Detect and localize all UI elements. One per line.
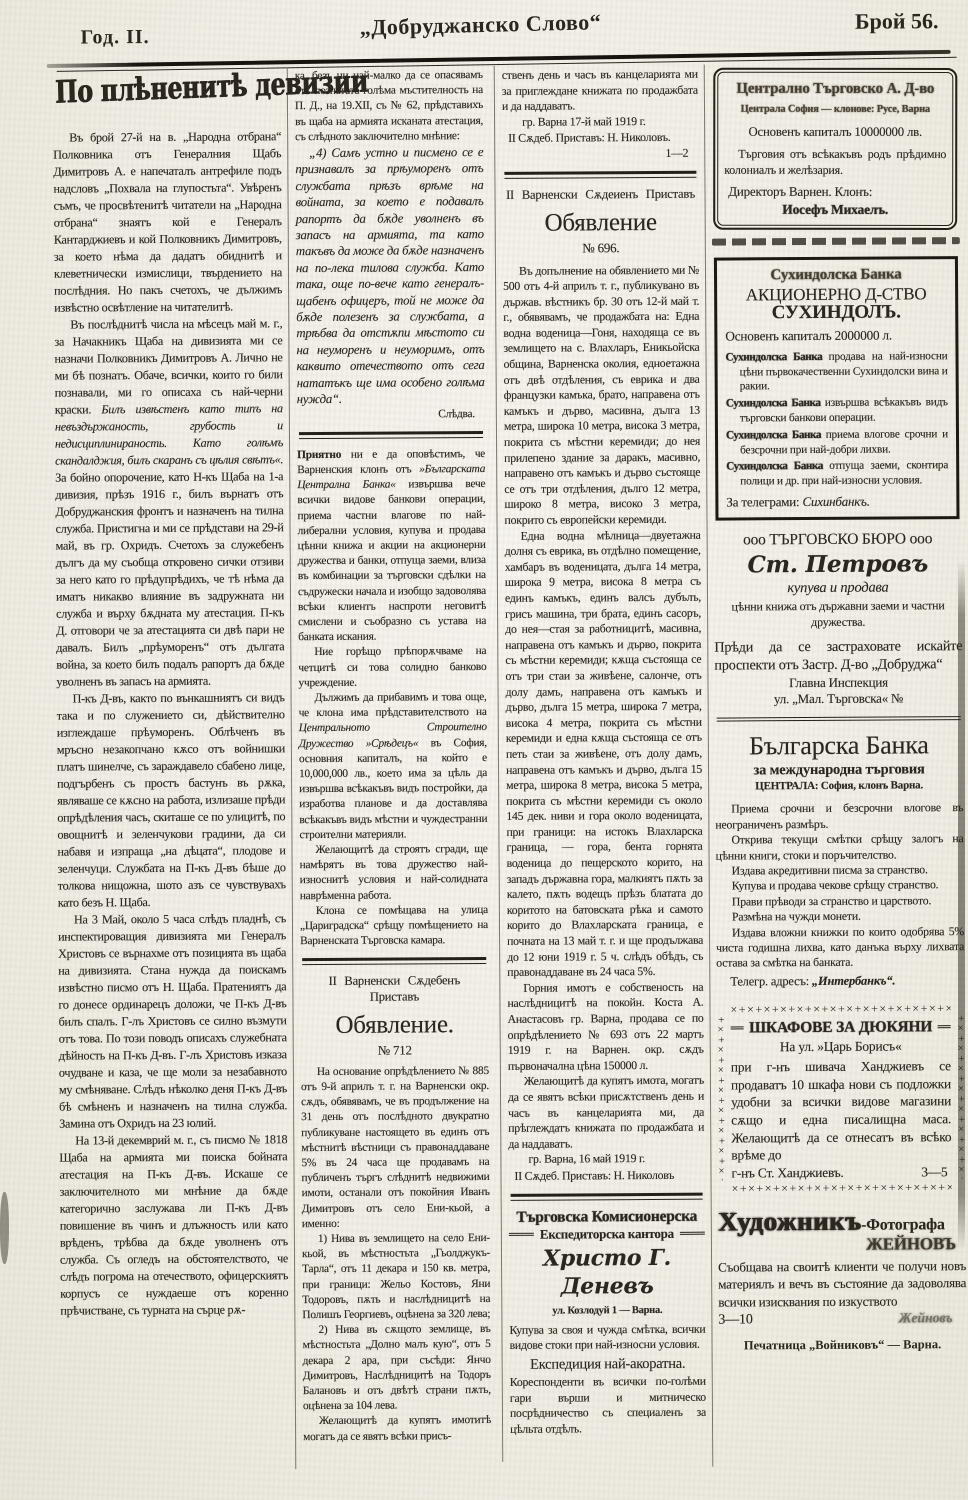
text-block: Експедиторска кантора [509,1226,705,1243]
text-segment: Прѣди да се застраховате искайте проспек… [714,638,962,674]
text-block: Централа София — клонове: Русе, Варна [724,102,946,118]
text-block: за международна търговия [715,762,963,779]
text-block: „4) Самъ устно и писмено се е признавалъ… [295,144,485,408]
text-segment: 3—5 [921,1163,951,1181]
text-block: Българска Банка [715,729,963,762]
text-segment: въ София, основния капиталъ, на който е … [299,737,487,841]
ad-photographer-zheynov: Художникъ-ФотографаЖЕЙНОВЪСъобщава на св… [718,1207,967,1328]
text-segment: Художникъ [718,1206,861,1237]
text-segment: Обявление [544,209,656,237]
text-segment: гр. Варна 17-й май 1919 г. [522,114,646,129]
text-segment: Търговия отъ всѣкакъвъ родъ прѣдимно кол… [724,147,946,177]
text-block: ственъ день и часъ въ канцеларията ми за… [502,67,698,115]
text-segment: -Фотографа [861,1217,945,1235]
text-segment: Кореспонденти въ всички по-голѣми гари в… [510,1374,706,1436]
column-4-ads: Централно Търговско А. Д-воЦентрала Софи… [711,65,967,1353]
block-lead: Сухиндолска Банка [726,397,825,410]
text-block: Художникъ-Фотографа [718,1207,966,1236]
text-block: 1) Нива въ землището на село Ени-кьой, в… [302,1231,491,1323]
text-segment: Търговска Комисионерска [516,1207,697,1225]
text-segment: Ние горѣщо прѣпорѫчваме на четцитѣ си то… [298,645,486,689]
text-segment: ЦЕНТРАЛА: София, клонъ Варна. [755,779,923,792]
text-block: 3—10Жейновъ [718,1311,966,1328]
newspaper-page: Год. II. „Добруджанско Слово“ Брой 56. П… [0,0,968,1500]
section-divider [717,716,961,721]
text-block: цѣнни книжа отъ държавни заеми и частни … [714,598,962,631]
section-divider [299,431,483,439]
text-block: II Сѫдеб. Приставъ: Н. Николовъ [508,1168,704,1185]
text-segment: Въ брой 27-й на в. „Народна отбрана“ Пол… [53,129,282,314]
text-block: ооо ТЪРГОВСКО БЮРО ооо [714,531,962,548]
text-segment: Христо Г. Деневъ [543,1245,671,1300]
text-segment: Желающитѣ да купятъ имотитѣ могатъ да се… [303,1414,491,1442]
text-block: гр. Варна, 16 май 1919 г. [508,1151,704,1168]
block-lead: Сухиндолска Банка [726,429,826,442]
ad-shop-cabinets: ×+×+×+×+×+×+×+×+×+×+×+×+×+× +×+×+×+×+×+×… [716,999,965,1197]
text-segment: ственъ день и часъ въ канцеларията ми за… [502,67,698,113]
text-segment: ул. „Мал. Търговска« № [774,690,903,706]
text-segment: Ст. Петровъ [747,550,928,578]
text-block: ул. Козлодуй 1 — Варна. [509,1303,705,1320]
text-segment: Открива текущи смѣтки срѣщу залогъ на цѣ… [716,831,964,862]
section-divider [504,170,696,178]
text-segment: 1) Нива въ землището на село Ени-кьой, в… [302,1232,490,1321]
text-segment: ул. Козлодуй 1 — Варна. [552,1305,662,1317]
text-block: На 3 Май, около 5 часа слѣдъ пладнѣ, съ … [58,910,287,1132]
text-segment: Централа София — клонове: Русе, Варна [741,104,930,115]
text-segment: Размѣна на чужди монети. [732,909,861,924]
text-segment: Слѣдва. [438,408,475,420]
text-block: Обявление. [301,1011,489,1041]
text-block: Директоръ Варнен. Клонъ: [724,184,946,200]
text-block: Желающитѣ да купятъ имота, могатъ да се … [508,1073,704,1152]
text-block: Една водна мѣлница—двуетажна долня съ ев… [505,527,704,980]
column-rule-2 [494,66,504,1462]
text-block: Открива текущи смѣтки срѣщу залогъ на цѣ… [715,831,963,863]
text-segment: № 696. [582,240,619,255]
text-segment: Телегр. адресъ: [730,974,812,988]
text-segment: На 13-й декемврий м. г., съ писмо № 1818… [59,1132,288,1317]
text-segment: Централно Търговско А. Д-во [736,81,934,97]
text-segment: II Варненски Сѫдеиенъ Приставъ [506,186,695,201]
text-block: На ул. »Царь Борисъ« [731,1039,951,1056]
text-block: Централно Търговско А. Д-во [724,82,946,98]
column-1-article: По плѣненитѣ девизииВъ брой 27-й на в. „… [53,69,289,1319]
column-rule-1 [287,67,297,1469]
text-segment: На 3 Май, около 5 часа слѣдъ пладнѣ, съ … [58,911,287,1130]
cross-border-top: ×+×+×+×+×+×+×+×+×+×+×+×+×+× [730,1001,950,1017]
text-block: Ст. Петровъ [714,549,962,580]
ad-trade-bureau-petrov: ооо ТЪРГОВСКО БЮРО оооСт. Петровъкупува … [714,531,963,707]
scan-artifact-left-edge [0,1192,9,1264]
text-segment: Купува и продава чекове срѣщу странство. [732,878,939,893]
text-block: Прѣди да се застраховате искайте проспек… [714,637,962,676]
ad-bulgarian-bank: Българска Банказа международна търговияЦ… [715,716,965,991]
text-segment: 3—10 [718,1312,752,1327]
text-segment: Издава акредитивни писма за странство. [732,862,928,877]
text-block: Сухиндолска Банка извършва всѣкакъвъ вид… [726,395,948,426]
text-segment: цѣнни книжа отъ държавни заеми и частни … [731,598,944,629]
text-segment: За бойно опорочение, като Н-къ Щаба на 1… [55,469,284,688]
masthead-issue: Брой 56. [855,8,939,35]
text-block: Основенъ капиталъ 10000000 лв. [724,124,946,140]
text-block: Желающитѣ да строятъ сгради, ще намѣрятъ… [299,842,487,904]
text-block: Размѣна на чужди монети. [716,908,964,925]
text-block: Търговия отъ всѣкакъвъ родъ прѣдимно кол… [724,147,946,179]
text-block: Дължимъ да прибавимъ и това още, че клон… [299,690,488,843]
text-block: Основенъ капиталъ 2000000 л. [725,327,947,344]
text-segment: ка, безъ ни най-малко да се опасявамъ от… [295,69,483,143]
text-block: СУХИНДОЛЪ. [725,304,947,321]
section-divider [511,1192,703,1200]
text-segment: 2) Нива въ сѫщото землище, въ мѣстностьт… [303,1323,491,1412]
text-segment: Основенъ капиталъ 10000000 лв. [749,124,922,138]
text-block: ул. „Мал. Търговска« № [715,690,963,707]
text-segment: Жейновъ [899,1311,967,1327]
column-3-notices: ственъ день и часъ въ канцеларията ми за… [502,67,706,1438]
text-segment: Желающитѣ да строятъ сгради, ще намѣрятъ… [300,843,488,902]
text-segment: П-къ Д-въ, както по вънкашниятъ си видъ … [57,690,286,909]
text-segment: На ул. »Царь Борисъ« [780,1039,902,1055]
text-segment: СУХИНДОЛЪ. [772,302,901,324]
text-segment: Сухиндолска Банка [770,266,901,283]
text-block: Приема срочни и безсрочни влогове въ нео… [715,800,963,832]
text-block: Експедиция най-акоратна. [510,1356,706,1373]
text-block: Горния имотъ е собственость на наслѣдниц… [507,979,704,1074]
text-block: Въ послѣднитѣ числа на мѣсецъ май м. г.,… [54,315,284,690]
text-segment: Основенъ капиталъ 2000000 л. [725,327,892,343]
page-content: Год. II. „Добруджанско Слово“ Брой 56. П… [0,0,968,1500]
text-block: Христо Г. Деневъ [509,1243,705,1301]
text-block: Въ брой 27-й на в. „Народна отбрана“ Пол… [53,128,282,316]
text-segment: извършва вече всички видове банкови опер… [297,478,486,643]
text-segment: Купува за своя и чужда смѣтка, всички ви… [509,1321,705,1352]
section-divider [302,957,486,965]
text-segment: „4) Самъ устно и писмено се е признавалъ… [295,145,484,406]
text-segment: II Сѫдеб. Приставъ: Н. Николовъ [514,1168,674,1183]
text-block: Сухиндолска Банка приема влогове срочни … [726,427,948,458]
text-block: гр. Варна 17-й май 1919 г. [502,113,698,130]
ad-suhindol-bank: Сухиндолска БанкаАКЦИОНЕРНО Д-СТВОСУХИНД… [714,256,960,521]
text-block: Прави прѣводи за странство и царството. [716,893,964,910]
text-segment: ШКАФОВЕ ЗА ДЮКЯНИ [749,1019,932,1036]
cross-border-bottom: ×+×+×+×+×+×+×+×+×+×+×+×+×+× [732,1181,952,1197]
text-segment: купува и продава [787,580,888,597]
text-segment: Клона се помѣщава на улица „Цариградска“… [300,904,488,948]
text-block: Търговска Комисионерска [509,1208,705,1225]
text-segment: 1—2 [665,146,688,160]
text-block: Сухиндолска Банка продава на най-износни… [725,349,947,395]
text-block: Слѣдва. [297,407,485,423]
printer-imprint: Печатница „Войниковъ“ — Варна. [719,1337,967,1354]
text-segment: г-нъ Ст. Ханджиевъ. [731,1165,843,1181]
text-block: II Варненски Сѫдеиенъ Приставъ [502,186,698,203]
text-segment: ооо ТЪРГОВСКО БЮРО ооо [743,530,932,548]
article-headline: По плѣненитѣ девизии [55,70,227,109]
scan-artifact-right-edge [958,560,965,1250]
text-segment: Приятно [297,449,351,461]
text-segment: „Интербанкъ“. [812,973,895,988]
text-segment: Приема срочни и безсрочни влогове въ нео… [715,800,963,831]
text-segment: Съобщава на своитѣ клиенти че получи нов… [718,1258,966,1309]
text-segment: Експедиция най-акоратна. [530,1355,685,1372]
text-segment: За телеграми: [726,494,802,509]
text-block: Въ допълнение на обявлението ми № 500 от… [503,262,701,528]
text-block: г-нъ Ст. Ханджиевъ.3—5 [731,1163,951,1182]
text-segment: при г-нъ шивача Ханджиевъ се продаватъ 1… [731,1058,952,1162]
text-block: Купува и продава чекове срѣщу странство. [716,877,964,894]
text-block: На основание опрѣдѣлението № 885 отъ 9-й… [301,1064,490,1232]
text-block: Сухиндолска Банка отпуща заеми, сконтира… [726,459,948,490]
text-segment: Директоръ Варнен. Клонъ: [728,184,872,199]
text-block: Кореспонденти въ всички по-голѣми гари в… [510,1374,706,1438]
ad-central-trading-co: Централно Търговско А. Д-воЦентрала Софи… [713,68,957,230]
text-block: Издава вложни книжки по които одобрява 5… [716,924,964,972]
column-2-article-and-notice: ка, безъ ни най-малко да се опасявамъ от… [295,68,491,1445]
text-block: ЖЕЙНОВЪ [718,1237,956,1254]
text-segment: Сихинбанкъ. [802,494,869,509]
text-block: ЦЕНТРАЛА: София, клонъ Варна. [715,778,963,795]
text-block: Издава акредитивни писма за странство. [716,862,964,879]
text-block: Телегр. адресъ: „Интербанкъ“. [716,973,964,990]
text-block: № 712 [301,1042,489,1058]
text-block: Иосефъ Михаелъ. [724,202,946,218]
text-block: Купува за своя и чужда смѣтка, всички ви… [509,1321,705,1353]
text-segment: Главна Инспекция [789,675,888,691]
masthead-year: Год. II. [80,26,149,49]
text-segment: Българска Банка [749,730,929,760]
text-segment: Издава вложни книжки по които одобрява 5… [716,924,964,970]
text-segment: II Сѫдеб. Приставъ: Н. Николовъ. [508,130,670,145]
text-segment: Горния имотъ е собственость на наслѣдниц… [507,979,703,1072]
text-segment: Прави прѣводи за странство и царството. [732,893,931,908]
text-segment: II Варненски Сѫдебенъ Приставъ [329,974,461,1004]
text-segment: Иосефъ Михаелъ. [782,202,888,217]
text-segment: № 712 [378,1042,412,1057]
text-block: ШКАФОВЕ ЗА ДЮКЯНИ [731,1019,951,1036]
block-lead: Сухиндолска Банка [726,460,829,473]
text-segment: Въ допълнение на обявлението ми № 500 от… [503,262,700,527]
text-block: № 696. [503,240,699,257]
text-segment: Желающитѣ да купятъ имота, могатъ да се … [508,1073,704,1151]
text-segment: Една водна мѣлница—двуетажна долня съ ев… [505,527,704,979]
text-block: Съобщава на своитѣ клиенти че получи нов… [718,1257,966,1310]
text-block: II Сѫдеб. Приставъ: Н. Николовъ. [502,130,698,147]
text-segment: Експедиторска кантора [540,1226,674,1242]
text-block: купува и продава [714,581,962,598]
text-block: II Варненски Сѫдебенъ Приставъ [300,973,488,1005]
text-block: 1—2 [502,146,698,163]
text-segment: Обявление. [335,1011,453,1039]
text-segment: гр. Варна, 16 май 1919 г. [528,1151,645,1166]
text-block: Обявление [503,209,699,239]
text-segment: На основание опрѣдѣлението № 885 отъ 9-й… [301,1065,490,1230]
text-block: Главна Инспекция [714,674,962,691]
text-block: За телеграми: Сихинбанкъ. [726,493,948,510]
masthead-title: „Добруджанско Слово“ [280,7,681,42]
text-block: Приятно ни е да оповѣстимъ, че Варненски… [297,447,486,646]
text-block: На 13-й декемврий м. г., съ писмо № 1818… [59,1131,288,1319]
text-block: 2) Нива въ сѫщото землище, въ мѣстностьт… [302,1322,491,1414]
text-block: П-къ Д-въ, както по вънкашниятъ си видъ … [57,689,286,911]
text-block: Сухиндолска Банка [725,267,947,284]
cabinets-ad-body: ШКАФОВЕ ЗА ДЮКЯНИНа ул. »Царь Борисъ«при… [731,1019,952,1182]
text-block: ка, безъ ни най-малко да се опасявамъ от… [295,68,483,145]
text-block: при г-нъ шивача Ханджиевъ се продаватъ 1… [731,1057,952,1164]
text-block: Ние горѣщо прѣпорѫчваме на четцитѣ си то… [298,644,486,691]
cross-border-left: +×+×+×+×+×+×+×+×+×+× [715,1016,728,1181]
block-lead: Сухиндолска Банка [725,351,828,364]
text-block: Клона се помѣщава на улица „Цариградска“… [300,903,488,950]
text-segment: ЖЕЙНОВЪ [866,1235,956,1255]
text-segment: за международна търговия [753,761,924,778]
text-block: Желающитѣ да купятъ имотитѣ могатъ да се… [303,1413,491,1445]
ad-divider-hatch [712,237,960,246]
text-segment: Дължимъ да прибавимъ и това още, че клон… [299,691,487,719]
